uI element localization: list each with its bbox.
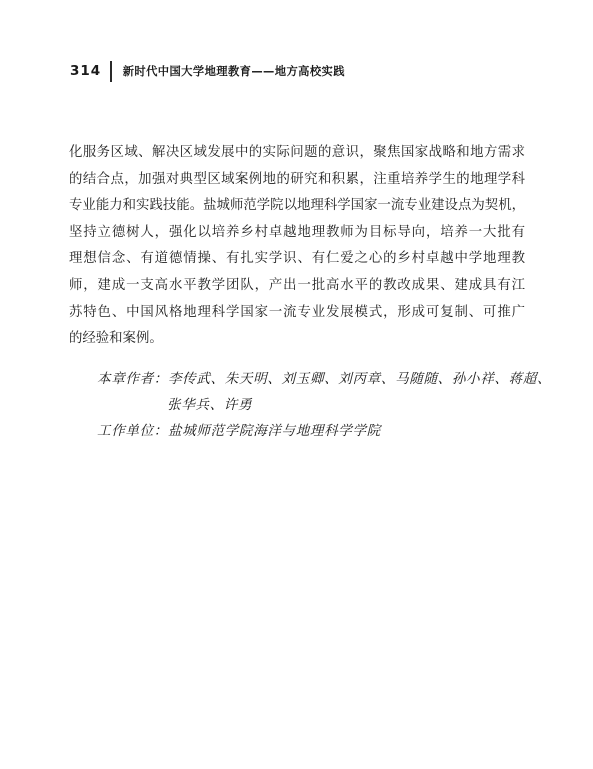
body-line: 的结合点，加强对典型区域案例地的研究和积累，注重培养学生的地理学科 [69, 167, 525, 194]
authors-label: 本章作者： [97, 371, 168, 387]
book-title: 新时代中国大学地理教育——地方高校实践 [123, 63, 345, 79]
affiliation-label: 工作单位： [97, 423, 168, 439]
body-line: 理想信念、有道德情操、有扎实学识、有仁爱之心的乡村卓越中学地理教 [69, 246, 525, 273]
affiliation-line: 工作单位：盐城师范学院海洋与地理科学学院 [97, 418, 537, 444]
body-line: 坚持立德树人，强化以培养乡村卓越地理教师为目标导向，培养一大批有 [69, 220, 525, 247]
affiliation-value: 盐城师范学院海洋与地理科学学院 [168, 423, 381, 439]
authors-names-1: 李传武、朱天明、刘玉卿、刘丙章、马随随、孙小祥、蒋超、 [168, 371, 551, 387]
authors-line-1: 本章作者：李传武、朱天明、刘玉卿、刘丙章、马随随、孙小祥、蒋超、 [97, 366, 537, 392]
body-line: 专业能力和实践技能。盐城师范学院以地理科学国家一流专业建设点为契机， [69, 193, 525, 220]
body-line: 苏特色、中国风格地理科学国家一流专业发展模式，形成可复制、可推广 [69, 300, 525, 327]
body-line: 化服务区域、解决区域发展中的实际问题的意识，聚焦国家战略和地方需求 [69, 140, 525, 167]
book-page: 314 新时代中国大学地理教育——地方高校实践 化服务区域、解决区域发展中的实际… [0, 0, 593, 769]
running-header: 314 新时代中国大学地理教育——地方高校实践 [70, 59, 345, 83]
authors-block: 本章作者：李传武、朱天明、刘玉卿、刘丙章、马随随、孙小祥、蒋超、 张华兵、许勇 … [97, 366, 537, 444]
body-line: 的经验和案例。 [69, 326, 525, 353]
page-number: 314 [70, 63, 101, 79]
body-line: 师，建成一支高水平教学团队，产出一批高水平的教改成果、建成具有江 [69, 273, 525, 300]
header-divider [110, 61, 112, 82]
authors-line-2: 张华兵、许勇 [97, 392, 537, 418]
body-paragraph: 化服务区域、解决区域发展中的实际问题的意识，聚焦国家战略和地方需求 的结合点，加… [69, 140, 525, 353]
